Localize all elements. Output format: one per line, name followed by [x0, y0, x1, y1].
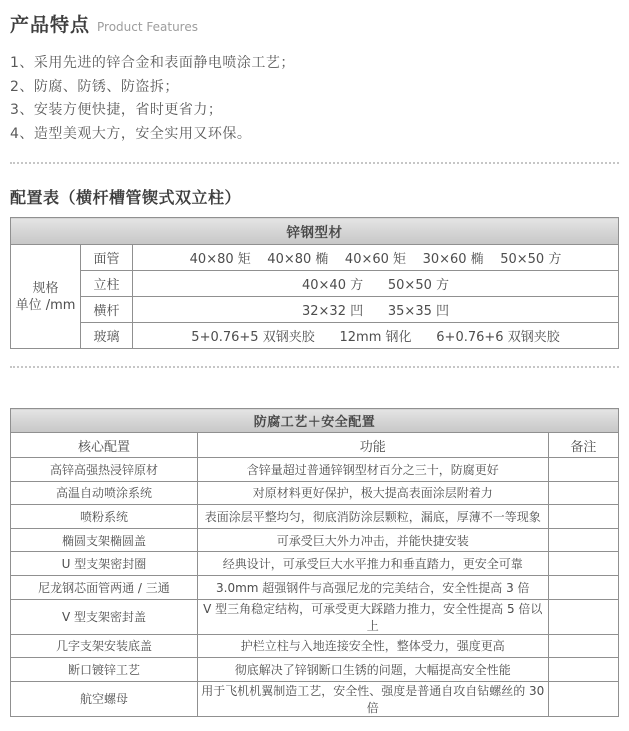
- safety-row-function: 彻底解决了锌钢断口生锈的问题，大幅提高安全性能: [197, 658, 548, 682]
- table-row: 规格 单位 /mm 面管 40×80 矩 40×80 椭 40×60 矩 30×…: [11, 245, 619, 271]
- safety-row-name: 航空螺母: [11, 681, 198, 716]
- column-header-core-config: 核心配置: [11, 433, 198, 458]
- feature-item: 1、采用先进的锌合金和表面静电喷涂工艺；: [10, 52, 619, 76]
- spec-table-title-row: 锌钢型材: [11, 218, 619, 245]
- safety-row-function: 经典设计，可承受巨大水平推力和垂直踏力，更安全可靠: [197, 552, 548, 576]
- spec-row-value: 32×32 凹 35×35 凹: [133, 297, 619, 323]
- safety-row-function: 可承受巨大外力冲击，并能快捷安装: [197, 528, 548, 552]
- page-title: 产品特点 Product Features: [10, 10, 619, 37]
- spec-table: 锌钢型材 规格 单位 /mm 面管 40×80 矩 40×80 椭 40×60 …: [10, 217, 619, 349]
- safety-row-note: [548, 505, 618, 529]
- safety-row-function: 含锌量超过普通锌钢型材百分之三十，防腐更好: [197, 458, 548, 482]
- safety-row-note: [548, 575, 618, 599]
- safety-row-function: 对原材料更好保护，极大提高表面涂层附着力: [197, 481, 548, 505]
- safety-row-note: [548, 458, 618, 482]
- spec-row-value: 5+0.76+5 双钢夹胶 12mm 钢化 6+0.76+6 双钢夹胶: [133, 323, 619, 349]
- spec-row-label: 玻璃: [81, 323, 133, 349]
- safety-row-function: 护栏立柱与入地连接安全性，整体受力，强度更高: [197, 634, 548, 658]
- table-row: U 型支架密封圈 经典设计，可承受巨大水平推力和垂直踏力，更安全可靠: [11, 552, 619, 576]
- safety-table-title: 防腐工艺＋安全配置: [11, 409, 619, 433]
- table-row: 玻璃 5+0.76+5 双钢夹胶 12mm 钢化 6+0.76+6 双钢夹胶: [11, 323, 619, 349]
- safety-row-note: [548, 528, 618, 552]
- safety-row-function: 用于飞机机翼制造工艺，安全性、强度是普通自攻自钻螺丝的 30 倍: [197, 681, 548, 716]
- table-row: 椭圆支架椭圆盖 可承受巨大外力冲击，并能快捷安装: [11, 528, 619, 552]
- safety-row-function: V 型三角稳定结构，可承受更大踩踏力推力，安全性提高 5 倍以上: [197, 599, 548, 634]
- table-row: 立柱 40×40 方 50×50 方: [11, 271, 619, 297]
- safety-row-note: [548, 634, 618, 658]
- safety-table-body: 高锌高强热浸锌原材 含锌量超过普通锌钢型材百分之三十，防腐更好 高温自动喷涂系统…: [11, 458, 619, 717]
- safety-row-name: 椭圆支架椭圆盖: [11, 528, 198, 552]
- page-title-text: 产品特点: [10, 10, 90, 37]
- safety-row-name: U 型支架密封圈: [11, 552, 198, 576]
- safety-row-note: [548, 552, 618, 576]
- config-table-heading: 配置表（横杆槽管锲式双立柱）: [10, 185, 619, 208]
- table-row: 横杆 32×32 凹 35×35 凹: [11, 297, 619, 323]
- safety-row-note: [548, 599, 618, 634]
- feature-item: 4、造型美观大方，安全实用又环保。: [10, 123, 619, 147]
- spec-unit-line2: 单位 /mm: [13, 297, 78, 314]
- spec-row-value: 40×80 矩 40×80 椭 40×60 矩 30×60 椭 50×50 方: [133, 245, 619, 271]
- feature-item: 3、安装方便快捷，省时更省力；: [10, 99, 619, 123]
- dotted-divider: [10, 162, 619, 164]
- safety-row-note: [548, 658, 618, 682]
- dotted-divider: [10, 366, 619, 368]
- spec-unit-cell: 规格 单位 /mm: [11, 245, 81, 349]
- page-subtitle: Product Features: [97, 20, 198, 34]
- safety-table: 防腐工艺＋安全配置 核心配置 功能 备注 高锌高强热浸锌原材 含锌量超过普通锌钢…: [10, 408, 619, 717]
- safety-row-note: [548, 481, 618, 505]
- safety-row-name: 喷粉系统: [11, 505, 198, 529]
- spec-unit-line1: 规格: [13, 280, 78, 297]
- column-header-note: 备注: [548, 433, 618, 458]
- table-row: 几字支架安装底盖 护栏立柱与入地连接安全性，整体受力，强度更高: [11, 634, 619, 658]
- spec-row-label: 横杆: [81, 297, 133, 323]
- safety-row-name: 断口镀锌工艺: [11, 658, 198, 682]
- spec-table-title: 锌钢型材: [11, 218, 619, 245]
- table-row: 喷粉系统 表面涂层平整均匀，彻底消防涂层颗粒，漏底，厚薄不一等现象: [11, 505, 619, 529]
- spec-row-label: 面管: [81, 245, 133, 271]
- column-header-function: 功能: [197, 433, 548, 458]
- safety-row-name: 几字支架安装底盖: [11, 634, 198, 658]
- table-row: 航空螺母 用于飞机机翼制造工艺，安全性、强度是普通自攻自钻螺丝的 30 倍: [11, 681, 619, 716]
- safety-row-name: 高锌高强热浸锌原材: [11, 458, 198, 482]
- safety-table-header-row: 核心配置 功能 备注: [11, 433, 619, 458]
- safety-table-title-row: 防腐工艺＋安全配置: [11, 409, 619, 433]
- safety-row-name: V 型支架密封盖: [11, 599, 198, 634]
- safety-row-name: 尼龙钢芯面管两通 / 三通: [11, 575, 198, 599]
- feature-item: 2、防腐、防锈、防盗拆；: [10, 76, 619, 100]
- spec-row-label: 立柱: [81, 271, 133, 297]
- safety-row-name: 高温自动喷涂系统: [11, 481, 198, 505]
- table-row: 高温自动喷涂系统 对原材料更好保护，极大提高表面涂层附着力: [11, 481, 619, 505]
- table-row: 断口镀锌工艺 彻底解决了锌钢断口生锈的问题，大幅提高安全性能: [11, 658, 619, 682]
- table-row: 尼龙钢芯面管两通 / 三通 3.0mm 超强钢件与高强尼龙的完美结合，安全性提高…: [11, 575, 619, 599]
- spec-row-value: 40×40 方 50×50 方: [133, 271, 619, 297]
- product-detail-page: 产品特点 Product Features 1、采用先进的锌合金和表面静电喷涂工…: [0, 0, 629, 731]
- feature-list: 1、采用先进的锌合金和表面静电喷涂工艺； 2、防腐、防锈、防盗拆； 3、安装方便…: [10, 52, 619, 146]
- safety-row-note: [548, 681, 618, 716]
- table-row: V 型支架密封盖 V 型三角稳定结构，可承受更大踩踏力推力，安全性提高 5 倍以…: [11, 599, 619, 634]
- safety-row-function: 3.0mm 超强钢件与高强尼龙的完美结合，安全性提高 3 倍: [197, 575, 548, 599]
- safety-row-function: 表面涂层平整均匀，彻底消防涂层颗粒，漏底，厚薄不一等现象: [197, 505, 548, 529]
- table-row: 高锌高强热浸锌原材 含锌量超过普通锌钢型材百分之三十，防腐更好: [11, 458, 619, 482]
